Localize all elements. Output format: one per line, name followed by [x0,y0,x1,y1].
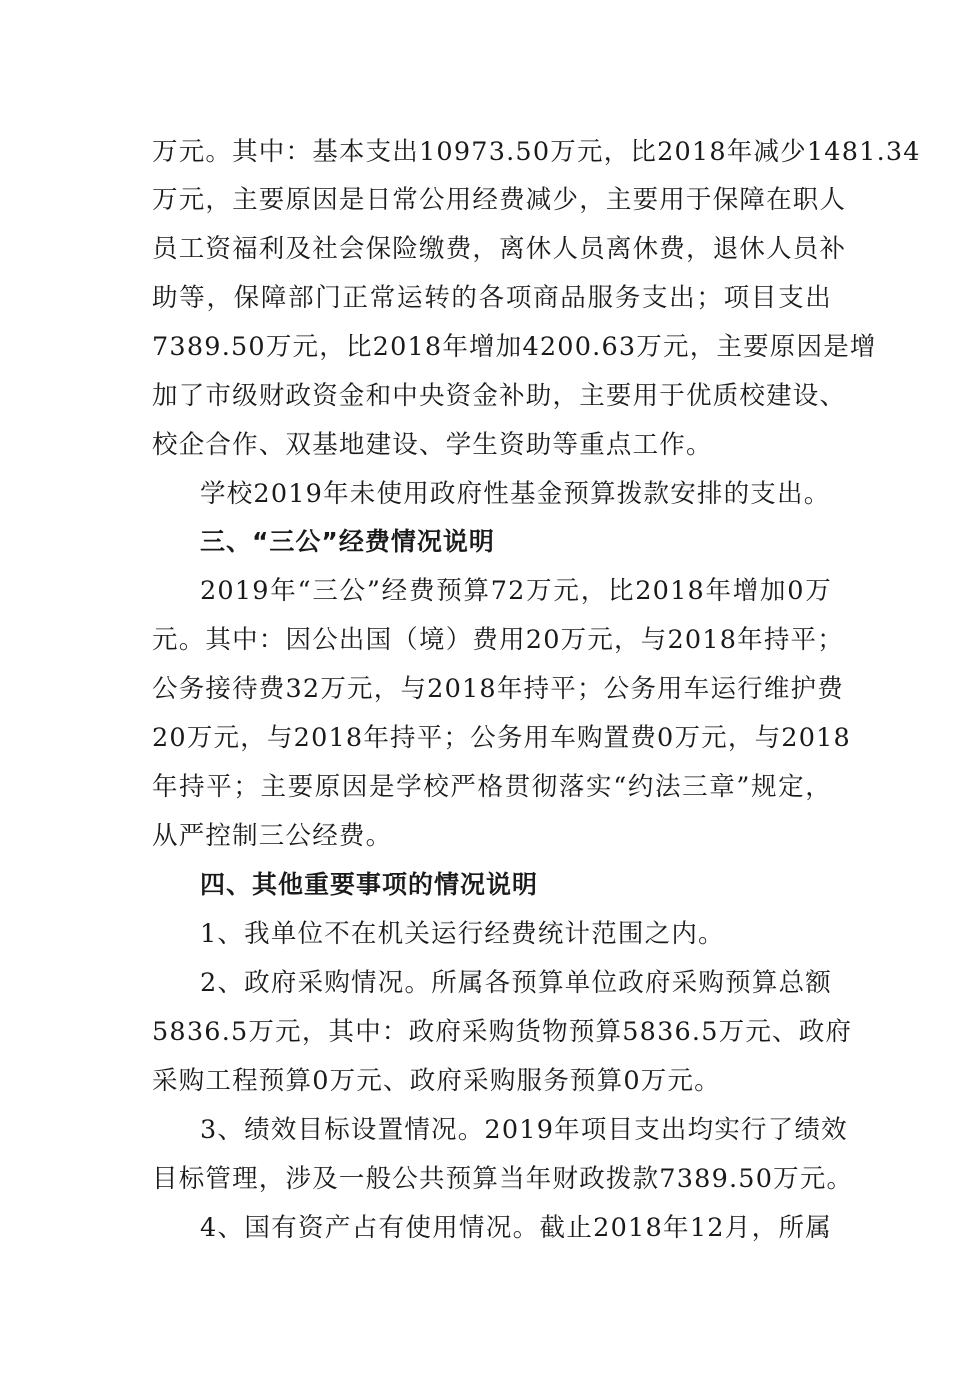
paragraph-line: 校企合作、双基地建设、学生资助等重点工作。 [152,429,832,461]
paragraph-line: 万元，主要原因是日常公用经费减少，主要用于保障在职人 [152,184,832,216]
list-item-2: 2、政府采购情况。所属各预算单位政府采购预算总额 [200,967,832,999]
list-item-1: 1、我单位不在机关运行经费统计范围之内。 [200,918,832,950]
paragraph-line: 元。其中：因公出国（境）费用20万元，与2018年持平； [152,624,832,656]
paragraph-line: 学校2019年未使用政府性基金预算拨款安排的支出。 [200,478,832,510]
paragraph-line: 公务接待费32万元，与2018年持平；公务用车运行维护费 [152,673,832,705]
paragraph-line: 7389.50万元，比2018年增加4200.63万元，主要原因是增 [152,331,832,363]
list-item-3: 3、绩效目标设置情况。2019年项目支出均实行了绩效 [200,1114,832,1146]
paragraph-line: 5836.5万元，其中：政府采购货物预算5836.5万元、政府 [152,1016,832,1048]
section-heading-three-public-expenses: 三、“三公”经费情况说明 [200,526,832,558]
document-page: 万元。其中：基本支出10973.50万元，比2018年减少1481.34 万元，… [0,0,975,1379]
paragraph-line: 助等，保障部门正常运转的各项商品服务支出；项目支出 [152,282,832,314]
paragraph-line: 目标管理，涉及一般公共预算当年财政拨款7389.50万元。 [152,1163,832,1195]
paragraph-line: 加了市级财政资金和中央资金补助，主要用于优质校建设、 [152,380,832,412]
list-item-4: 4、国有资产占有使用情况。截止2018年12月，所属 [200,1212,832,1244]
section-heading-other-matters: 四、其他重要事项的情况说明 [200,869,832,901]
paragraph-line: 从严控制三公经费。 [152,820,832,852]
paragraph-line: 万元。其中：基本支出10973.50万元，比2018年减少1481.34 [152,136,832,168]
paragraph-line: 员工资福利及社会保险缴费，离休人员离休费，退休人员补 [152,233,832,265]
paragraph-line: 采购工程预算0万元、政府采购服务预算0万元。 [152,1065,832,1097]
paragraph-line: 2019年“三公”经费预算72万元，比2018年增加0万 [200,575,832,607]
paragraph-line: 年持平；主要原因是学校严格贯彻落实“约法三章”规定， [152,771,832,803]
paragraph-line: 20万元，与2018年持平；公务用车购置费0万元，与2018 [152,722,832,754]
